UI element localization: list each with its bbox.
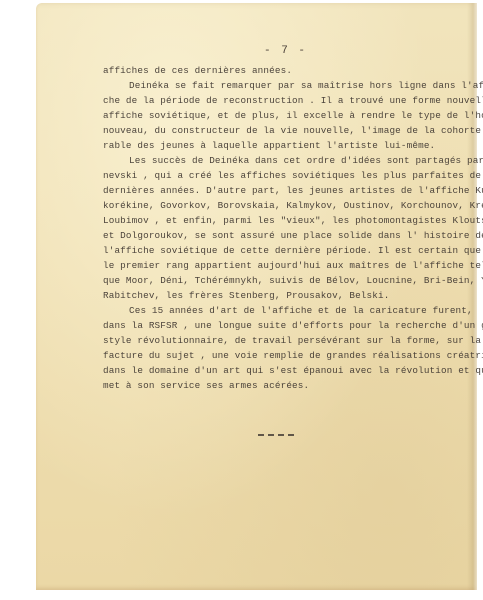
page-number: - 7 - [264,45,307,57]
text-line: dans la RSFSR , une longue suite d'effor… [103,320,483,332]
text-line: dernières années. D'autre part, les jeun… [103,185,483,197]
text-line: que Moor, Déni, Tchérémnykh, suivis de B… [103,275,483,287]
text-line: che de la période de reconstruction . Il… [103,95,483,107]
text-line: nouveau, du constructeur de la vie nouve… [103,125,483,137]
text-line: rable des jeunes à laquelle appartient l… [103,140,435,152]
viewport: - 7 - affiches de ces dernières années. … [0,0,483,600]
text-line: Loubimov , et enfin, parmi les "vieux", … [103,215,483,227]
text-line: et Dolgoroukov, se sont assuré une place… [103,230,483,242]
text-line: korékine, Govorkov, Borovskaia, Kalmykov… [103,200,483,212]
text-line: style révolutionnaire, de travail persév… [103,335,483,347]
text-line: facture du sujet , une voie remplie de g… [103,350,483,362]
text-line: Rabitchev, les frères Stenberg, Prousako… [103,290,389,302]
text-line: affiches de ces dernières années. [103,65,292,77]
text-line: Deinéka se fait remarquer par sa maîtris… [129,80,483,92]
text-line: dans le domaine d'un art qui s'est épano… [103,365,483,377]
closing-dash-rule [258,434,294,436]
text-line: Ces 15 années d'art de l'affiche et de l… [129,305,473,317]
text-line: le premier rang appartient aujourd'hui a… [103,260,483,272]
text-line: nevski , qui a créé les affiches soviéti… [103,170,483,182]
text-line: Les succès de Deinéka dans cet ordre d'i… [129,155,483,167]
text-line: met à son service ses armes acérées. [103,380,309,392]
text-line: l'affiche soviétique de cette dernière p… [103,245,481,257]
text-line: affiche soviétique, et de plus, il excel… [103,110,483,122]
